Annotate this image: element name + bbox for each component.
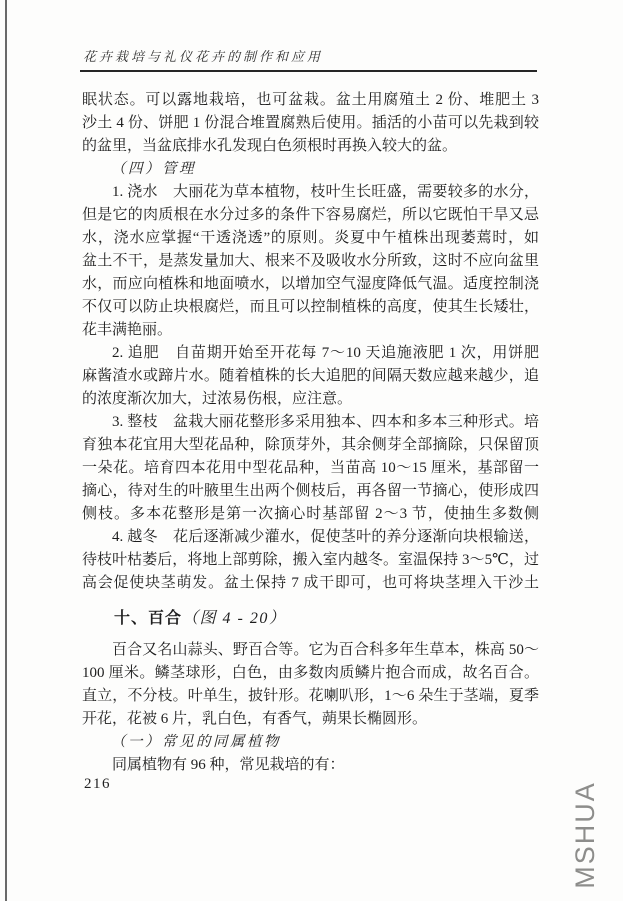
header-rule — [80, 70, 537, 72]
text-line: 一朵花。培育四本花用中型花品种，当苗高 10～15 厘米，基部留一节 — [82, 457, 539, 480]
text-line: 摘心，待对生的叶腋里生出两个侧枝后，再各留一节摘心，使形成四个 — [82, 480, 539, 503]
text-line: 的盆里，当盆底排水孔发现白色须根时再换入较大的盆。 — [82, 135, 539, 158]
text-line: 育独本花宜用大型花品种，除顶芽外，其余侧芽全部摘除，只保留顶端 — [82, 434, 539, 457]
text-line: 开花，花被 6 片，乳白色，有香气，蒴果长椭圆形。 — [82, 708, 539, 731]
text-line: 水，而应向植株和地面喷水，以增加空气湿度降低气温。适度控制浇水 — [82, 273, 539, 296]
text-line: 侧枝。多本花整形是第一次摘心时基部留 2～3 节，使抽生多数侧枝。 — [82, 503, 539, 526]
paragraph: 3. 整枝 盆栽大丽花整形多采用独本、四本和多本三种形式。培育独本花宜用大型花品… — [82, 411, 539, 526]
paragraph: 眠状态。可以露地栽培，也可盆栽。盆土用腐殖土 2 份、堆肥土 3 份、沙土 4 … — [82, 89, 539, 158]
page-content: 眠状态。可以露地栽培，也可盆栽。盆土用腐殖土 2 份、堆肥土 3 份、沙土 4 … — [82, 89, 539, 777]
paragraph: 同属植物有 96 种，常见栽培的有： — [82, 754, 539, 777]
book-page: 花卉栽培与礼仪花卉的制作和应用 眠状态。可以露地栽培，也可盆栽。盆土用腐殖土 2… — [0, 0, 623, 901]
section-heading: 十、百合（图 4 - 20） — [82, 607, 539, 630]
text-line: 眠状态。可以露地栽培，也可盆栽。盆土用腐殖土 2 份、堆肥土 3 份、 — [82, 89, 539, 112]
text-line: 花丰满艳丽。 — [82, 319, 539, 342]
text-line: 100 厘米。鳞茎球形，白色，由多数肉质鳞片抱合而成，故名百合。茎 — [82, 662, 539, 685]
watermark: MSHUA — [570, 775, 600, 895]
text-line: （一）常见的同属植物 — [82, 731, 539, 754]
text-line: 沙土 4 份、饼肥 1 份混合堆置腐熟后使用。插活的小苗可以先栽到较小 — [82, 112, 539, 135]
text-line: 4. 越冬 花后逐渐减少灌水，促使茎叶的养分逐渐向块根输送， — [82, 526, 539, 549]
text-line: 2. 追肥 自苗期开始至开花每 7～10 天追施液肥 1 次，用饼肥水、 — [82, 342, 539, 365]
paragraph: 2. 追肥 自苗期开始至开花每 7～10 天追施液肥 1 次，用饼肥水、麻酱渣水… — [82, 342, 539, 411]
text-line: 同属植物有 96 种，常见栽培的有： — [82, 754, 539, 777]
text-line: （四）管理 — [82, 158, 539, 181]
text-line: 但是它的肉质根在水分过多的条件下容易腐烂，所以它既怕干旱又忌积 — [82, 204, 539, 227]
paragraph: （一）常见的同属植物 — [82, 731, 539, 754]
text-line: 十、百合（图 4 - 20） — [82, 607, 539, 630]
running-header-title: 花卉栽培与礼仪花卉的制作和应用 — [83, 46, 323, 65]
text-line: 的浓度渐次加大，过浓易伤根，应注意。 — [82, 388, 539, 411]
text-line: 3. 整枝 盆栽大丽花整形多采用独本、四本和多本三种形式。培 — [82, 411, 539, 434]
text-line: 盆土不干，是蒸发量加大、根来不及吸收水分所致，这时不应向盆里浇 — [82, 250, 539, 273]
paragraph: 1. 浇水 大丽花为草本植物，枝叶生长旺盛，需要较多的水分，但是它的肉质根在水分… — [82, 181, 539, 342]
text-line: 待枝叶枯萎后，将地上部剪除，搬入室内越冬。室温保持 3～5℃，过 — [82, 549, 539, 572]
paragraph: 4. 越冬 花后逐渐减少灌水，促使茎叶的养分逐渐向块根输送，待枝叶枯萎后，将地上… — [82, 526, 539, 595]
paragraph: （四）管理 — [82, 158, 539, 181]
paragraph: 百合又名山蒜头、野百合等。它为百合科多年生草本，株高 50～100 厘米。鳞茎球… — [82, 639, 539, 731]
text-line: 直立，不分枝。叶单生，披针形。花喇叭形，1～6 朵生于茎端，夏季 — [82, 685, 539, 708]
scan-edge-line — [5, 0, 7, 901]
text-line: 麻酱渣水或蹄片水。随着植株的长大追肥的间隔天数应越来越少，追肥 — [82, 365, 539, 388]
text-line: 不仅可以防止块根腐烂，而且可以控制植株的高度，使其生长矮壮，开 — [82, 296, 539, 319]
text-line: 1. 浇水 大丽花为草本植物，枝叶生长旺盛，需要较多的水分， — [82, 181, 539, 204]
text-line: 高会促使块茎萌发。盆土保持 7 成干即可，也可将块茎埋入干沙土中。 — [82, 572, 539, 595]
page-number: 216 — [84, 776, 111, 793]
text-line: 水，浇水应掌握“干透浇透”的原则。炎夏中午植株出现萎蔫时，如 — [82, 227, 539, 250]
text-line: 百合又名山蒜头、野百合等。它为百合科多年生草本，株高 50～ — [82, 639, 539, 662]
figure-reference: （图 4 - 20） — [182, 610, 286, 627]
